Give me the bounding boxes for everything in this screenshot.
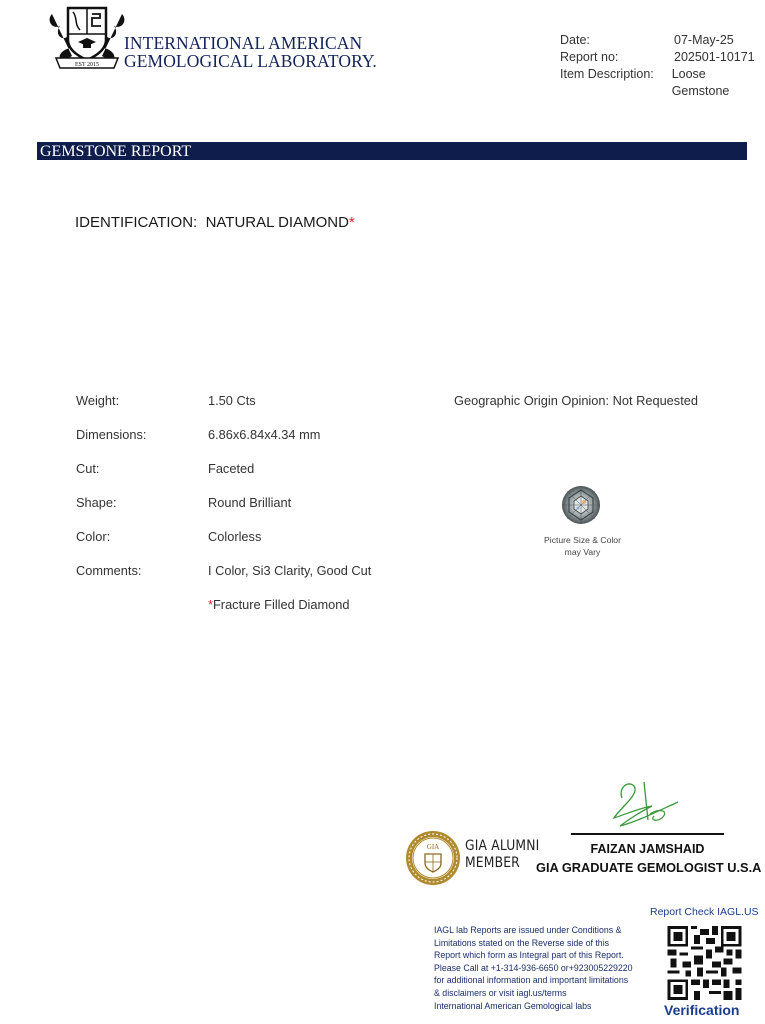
detail-value: Colorless: [208, 529, 261, 544]
report-title-banner: GEMSTONE REPORT: [37, 142, 747, 160]
detail-label: Dimensions:: [76, 427, 206, 442]
disclaimer-line: Report which form as Integral part of th…: [434, 949, 664, 962]
report-meta: Date: 07-May-25 Report no: 202501-10171 …: [560, 32, 765, 100]
meta-value-report-no: 202501-10171: [674, 49, 755, 66]
disclaimer: IAGL lab Reports are issued under Condit…: [434, 924, 664, 1012]
report-title: GEMSTONE REPORT: [40, 142, 191, 161]
lab-name-line1: INTERNATIONAL AMERICAN: [124, 34, 377, 52]
disclaimer-line: for additional information and important…: [434, 974, 664, 987]
signature-line: [571, 833, 724, 835]
detail-value: I Color, Si3 Clarity, Good Cut: [208, 563, 371, 578]
lab-name-line2: GEMOLOGICAL LABORATORY.: [124, 52, 377, 70]
meta-row-item-description: Item Description: Loose Gemstone: [560, 66, 765, 100]
meta-value-item-description: Loose Gemstone: [672, 66, 765, 100]
diamond-image: [560, 484, 602, 526]
disclaimer-line: & disclaimers or visit iagl.us/terms: [434, 987, 664, 1000]
identification-label: IDENTIFICATION:: [75, 214, 197, 231]
meta-label: Report no:: [560, 49, 674, 66]
signature-image: [600, 778, 690, 830]
gia-alumni-label: GIA ALUMNI MEMBER: [465, 838, 539, 872]
svg-text:GIA: GIA: [427, 843, 439, 851]
meta-label: Item Description:: [560, 66, 672, 100]
verification-label[interactable]: Verification: [664, 1002, 739, 1018]
meta-label: Date:: [560, 32, 674, 49]
meta-row-report-no: Report no: 202501-10171: [560, 49, 765, 66]
disclaimer-line: Please Call at +1-314-936-6650 or+923005…: [434, 962, 664, 975]
detail-value: Round Brilliant: [208, 495, 291, 510]
disclaimer-line: International American Gemological labs: [434, 1000, 664, 1013]
disclaimer-line: Limitations stated on the Reverse side o…: [434, 937, 664, 950]
footnote-text: Fracture Filled Diamond: [213, 597, 350, 612]
gia-alumni-line1: GIA ALUMNI: [465, 838, 539, 855]
report-check-caption: Report Check IAGL.US: [650, 906, 759, 918]
picture-disclaimer-line2: may Vary: [530, 546, 635, 558]
identification-value: NATURAL DIAMOND: [206, 214, 349, 231]
signatory-name: FAIZAN JAMSHAID: [571, 842, 724, 856]
detail-value: 1.50 Cts: [208, 393, 256, 408]
detail-label: Shape:: [76, 495, 206, 510]
meta-row-date: Date: 07-May-25: [560, 32, 765, 49]
gia-alumni-line2: MEMBER: [465, 855, 539, 872]
detail-value: Faceted: [208, 461, 254, 476]
picture-disclaimer-line1: Picture Size & Color: [530, 534, 635, 546]
detail-value: 6.86x6.84x4.34 mm: [208, 427, 320, 442]
geographic-origin: Geographic Origin Opinion: Not Requested: [454, 393, 698, 408]
disclaimer-line: IAGL lab Reports are issued under Condit…: [434, 924, 664, 937]
picture-disclaimer: Picture Size & Color may Vary: [530, 534, 635, 558]
gia-alumni-seal: GIA: [405, 830, 461, 886]
detail-label: Comments:: [76, 563, 206, 578]
iagl-crest-logo: EST 2015: [48, 4, 126, 72]
identification: IDENTIFICATION: NATURAL DIAMOND*: [75, 214, 355, 231]
signatory-title: GIA GRADUATE GEMOLOGIST U.S.A: [536, 860, 761, 875]
qr-code-icon[interactable]: [667, 926, 742, 1000]
detail-label: Weight:: [76, 393, 206, 408]
detail-label: Cut:: [76, 461, 206, 476]
footnote: *Fracture Filled Diamond: [208, 597, 350, 612]
detail-label: Color:: [76, 529, 206, 544]
lab-name: INTERNATIONAL AMERICAN GEMOLOGICAL LABOR…: [124, 34, 377, 70]
svg-text:EST 2015: EST 2015: [75, 62, 99, 68]
meta-value-date: 07-May-25: [674, 32, 734, 49]
asterisk-marker: *: [349, 214, 355, 231]
